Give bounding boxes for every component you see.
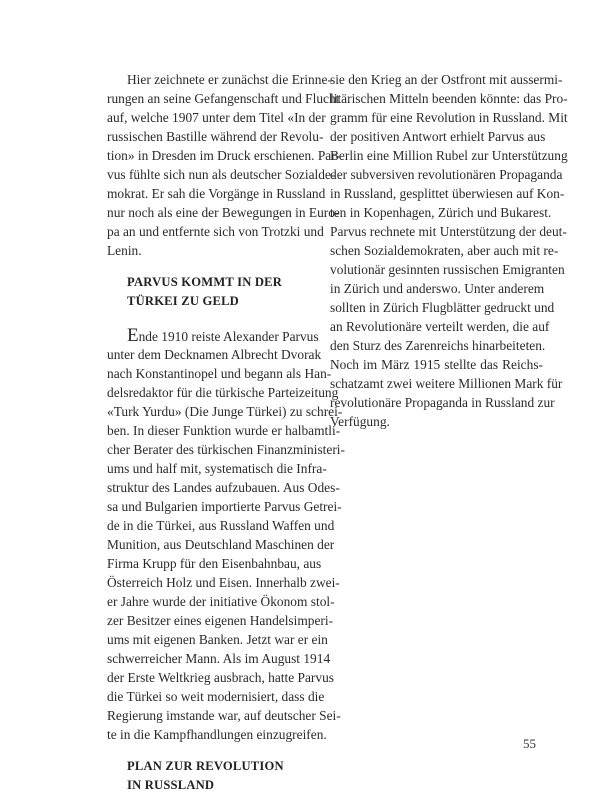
section-heading: TÜRKEI ZU GELD bbox=[127, 291, 239, 311]
text-line: struktur des Landes aufzubauen. Aus Odes… bbox=[107, 478, 312, 497]
text-line: schatzamt zwei weitere Millionen Mark fü… bbox=[330, 374, 543, 393]
text-line: der subversiven revolutionären Propagand… bbox=[330, 165, 543, 184]
text-line: sa und Bulgarien importierte Parvus Getr… bbox=[107, 497, 312, 516]
text-line: mokrat. Er sah die Vorgänge in Russland bbox=[107, 184, 312, 203]
text-line: er Jahre wurde der initiative Ökonom sto… bbox=[107, 592, 312, 611]
text-span: nde 1910 reiste Alexander Parvus bbox=[139, 329, 319, 344]
text-line: nur noch als eine der Bewegungen in Euro… bbox=[107, 203, 312, 222]
text-line: vus fühlte sich nun als deutscher Sozial… bbox=[107, 165, 312, 184]
section-heading: PLAN ZUR REVOLUTION bbox=[127, 756, 284, 776]
text-line: schen Sozialdemokraten, aber auch mit re… bbox=[330, 241, 543, 260]
text-line: revolutionäre Propaganda in Russland zur bbox=[330, 393, 543, 412]
text-line: russischen Bastille während der Revolu- bbox=[107, 127, 312, 146]
page-number: 55 bbox=[523, 736, 536, 752]
text-line: Munition, aus Deutschland Maschinen der bbox=[107, 535, 312, 554]
text-line: rungen an seine Gefangenschaft und Fluch… bbox=[107, 89, 312, 108]
text-line: Regierung imstande war, auf deutscher Se… bbox=[107, 706, 312, 725]
text-line: Berlin eine Million Rubel zur Unterstütz… bbox=[330, 146, 543, 165]
text-line: die Türkei so weit modernisiert, dass di… bbox=[107, 687, 312, 706]
text-line: ten in Kopenhagen, Zürich und Bukarest. bbox=[330, 203, 543, 222]
text-line: sie den Krieg an der Ostfront mit ausser… bbox=[330, 70, 543, 89]
text-line: Hier zeichnete er zunächst die Erinne- bbox=[107, 70, 312, 89]
text-line: delsredaktor für die türkische Parteizei… bbox=[107, 383, 312, 402]
text-line: Österreich Holz und Eisen. Innerhalb zwe… bbox=[107, 573, 312, 592]
text-line: Parvus rechnete mit Unterstützung der de… bbox=[330, 222, 543, 241]
text-line: den Sturz des Zarenreichs hinarbeiteten. bbox=[330, 336, 543, 355]
text-line: nach Konstantinopel und begann als Han- bbox=[107, 364, 312, 383]
drop-cap: E bbox=[127, 325, 139, 346]
text-line: Lenin. bbox=[107, 241, 312, 260]
text-line: ums mit eigenen Banken. Jetzt war er ein bbox=[107, 630, 312, 649]
text-line: litärischen Mitteln beenden könnte: das … bbox=[330, 89, 543, 108]
text-line: auf, welche 1907 unter dem Titel «In der bbox=[107, 108, 312, 127]
text-line-dropcap: Ende 1910 reiste Alexander Parvus bbox=[107, 326, 312, 345]
text-line: der positiven Antwort erhielt Parvus aus bbox=[330, 127, 543, 146]
text-line: sollten in Zürich Flugblätter gedruckt u… bbox=[330, 298, 543, 317]
text-line: in Russland, gesplittet überwiesen auf K… bbox=[330, 184, 543, 203]
section-heading: IN RUSSLAND bbox=[127, 775, 214, 795]
text-line: tion» in Dresden im Druck erschienen. Pa… bbox=[107, 146, 312, 165]
section-heading: PARVUS KOMMT IN DER bbox=[127, 272, 282, 292]
text-line: in Zürich und anderswo. Unter anderem bbox=[330, 279, 543, 298]
text-line: gramm für eine Revolution in Russland. M… bbox=[330, 108, 543, 127]
text-line: an Revolutionäre verteilt werden, die au… bbox=[330, 317, 543, 336]
text-line: Firma Krupp für den Eisenbahnbau, aus bbox=[107, 554, 312, 573]
text-line: ben. In dieser Funktion wurde er halbamt… bbox=[107, 421, 312, 440]
text-line: schwerreicher Mann. Als im August 1914 bbox=[107, 649, 312, 668]
text-line: te in die Kampfhandlungen einzugreifen. bbox=[107, 725, 312, 744]
text-line: volutionär gesinnten russischen Emigrant… bbox=[330, 260, 543, 279]
text-line: Verfügung. bbox=[330, 412, 543, 431]
text-line: ums und half mit, systematisch die Infra… bbox=[107, 459, 312, 478]
text-line: «Turk Yurdu» (Die Junge Türkei) zu schre… bbox=[107, 402, 312, 421]
text-line: unter dem Decknamen Albrecht Dvorak bbox=[107, 345, 312, 364]
text-line: Noch im März 1915 stellte das Reichs- bbox=[330, 355, 543, 374]
text-line: der Erste Weltkrieg ausbrach, hatte Parv… bbox=[107, 668, 312, 687]
text-line: de in die Türkei, aus Russland Waffen un… bbox=[107, 516, 312, 535]
text-line: zer Besitzer eines eigenen Handelsimperi… bbox=[107, 611, 312, 630]
text-line: pa an und entfernte sich von Trotzki und bbox=[107, 222, 312, 241]
text-line: cher Berater des türkischen Finanzminist… bbox=[107, 440, 312, 459]
